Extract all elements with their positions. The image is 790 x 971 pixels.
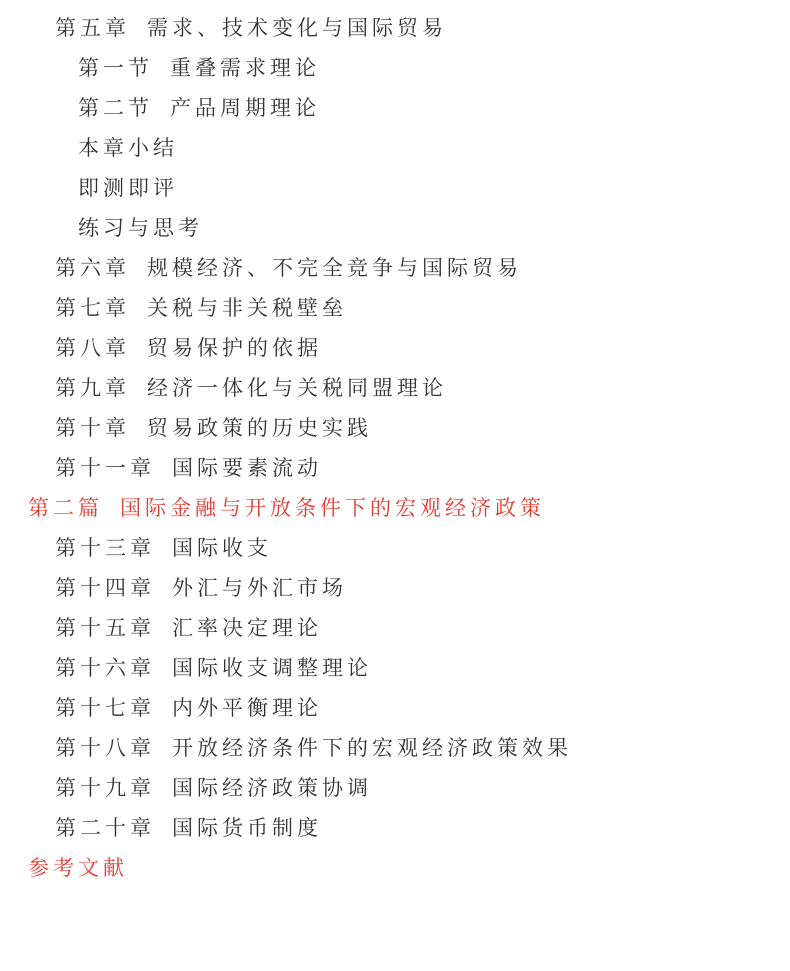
toc-entry-chapter-8[interactable]: 第八章贸易保护的依据 [0,329,790,369]
toc-entry-chapter-6[interactable]: 第六章规模经济、不完全竞争与国际贸易 [0,249,790,289]
chapter-title: 国际要素流动 [172,457,322,480]
section-title: 即测即评 [78,177,178,200]
toc-entry-chapter-summary[interactable]: 本章小结 [0,129,790,169]
section-number: 第二节 [78,97,153,120]
chapter-number: 第五章 [55,17,130,40]
chapter-title: 需求、技术变化与国际贸易 [147,17,447,40]
chapter-number: 第六章 [55,257,130,280]
toc-entry-chapter-5[interactable]: 第五章需求、技术变化与国际贸易 [0,9,790,49]
chapter-title: 贸易保护的依据 [147,337,322,360]
references-title: 参考文献 [28,857,128,880]
section-title: 练习与思考 [78,217,203,240]
section-title: 本章小结 [78,137,178,160]
chapter-title: 国际收支调整理论 [172,657,372,680]
chapter-title: 开放经济条件下的宏观经济政策效果 [172,737,572,760]
chapter-title: 国际货币制度 [172,817,322,840]
toc-entry-chapter-17[interactable]: 第十七章内外平衡理论 [0,689,790,729]
toc-entry-chapter-14[interactable]: 第十四章外汇与外汇市场 [0,569,790,609]
table-of-contents: 第五章需求、技术变化与国际贸易 第一节重叠需求理论 第二节产品周期理论 本章小结… [0,0,790,889]
chapter-number: 第十四章 [55,577,155,600]
chapter-number: 第十七章 [55,697,155,720]
chapter-number: 第十章 [55,417,130,440]
chapter-number: 第七章 [55,297,130,320]
section-title: 重叠需求理论 [170,57,320,80]
toc-entry-chapter-18[interactable]: 第十八章开放经济条件下的宏观经济政策效果 [0,729,790,769]
toc-entry-instant-quiz[interactable]: 即测即评 [0,169,790,209]
section-title: 产品周期理论 [170,97,320,120]
chapter-title: 内外平衡理论 [172,697,322,720]
toc-entry-chapter-7[interactable]: 第七章关税与非关税壁垒 [0,289,790,329]
chapter-title: 关税与非关税壁垒 [147,297,347,320]
chapter-title: 贸易政策的历史实践 [147,417,372,440]
toc-entry-chapter-9[interactable]: 第九章经济一体化与关税同盟理论 [0,369,790,409]
toc-entry-part-2[interactable]: 第二篇国际金融与开放条件下的宏观经济政策 [0,489,790,529]
part-number: 第二篇 [28,497,103,520]
toc-entry-chapter-10[interactable]: 第十章贸易政策的历史实践 [0,409,790,449]
chapter-title: 外汇与外汇市场 [172,577,347,600]
chapter-number: 第八章 [55,337,130,360]
section-number: 第一节 [78,57,153,80]
chapter-title: 国际收支 [172,537,272,560]
toc-entry-exercises[interactable]: 练习与思考 [0,209,790,249]
chapter-number: 第十一章 [55,457,155,480]
chapter-number: 第九章 [55,377,130,400]
chapter-title: 国际经济政策协调 [172,777,372,800]
chapter-number: 第十六章 [55,657,155,680]
chapter-number: 第十三章 [55,537,155,560]
chapter-number: 第十九章 [55,777,155,800]
toc-entry-chapter-19[interactable]: 第十九章国际经济政策协调 [0,769,790,809]
chapter-title: 汇率决定理论 [172,617,322,640]
toc-entry-chapter-16[interactable]: 第十六章国际收支调整理论 [0,649,790,689]
toc-entry-section-5-1[interactable]: 第一节重叠需求理论 [0,49,790,89]
toc-entry-chapter-15[interactable]: 第十五章汇率决定理论 [0,609,790,649]
toc-entry-chapter-11[interactable]: 第十一章国际要素流动 [0,449,790,489]
toc-entry-chapter-13[interactable]: 第十三章国际收支 [0,529,790,569]
toc-entry-chapter-20[interactable]: 第二十章国际货币制度 [0,809,790,849]
toc-entry-section-5-2[interactable]: 第二节产品周期理论 [0,89,790,129]
chapter-title: 规模经济、不完全竞争与国际贸易 [147,257,522,280]
chapter-title: 经济一体化与关税同盟理论 [147,377,447,400]
chapter-number: 第十五章 [55,617,155,640]
chapter-number: 第十八章 [55,737,155,760]
toc-entry-references[interactable]: 参考文献 [0,849,790,889]
part-title: 国际金融与开放条件下的宏观经济政策 [120,497,545,520]
chapter-number: 第二十章 [55,817,155,840]
